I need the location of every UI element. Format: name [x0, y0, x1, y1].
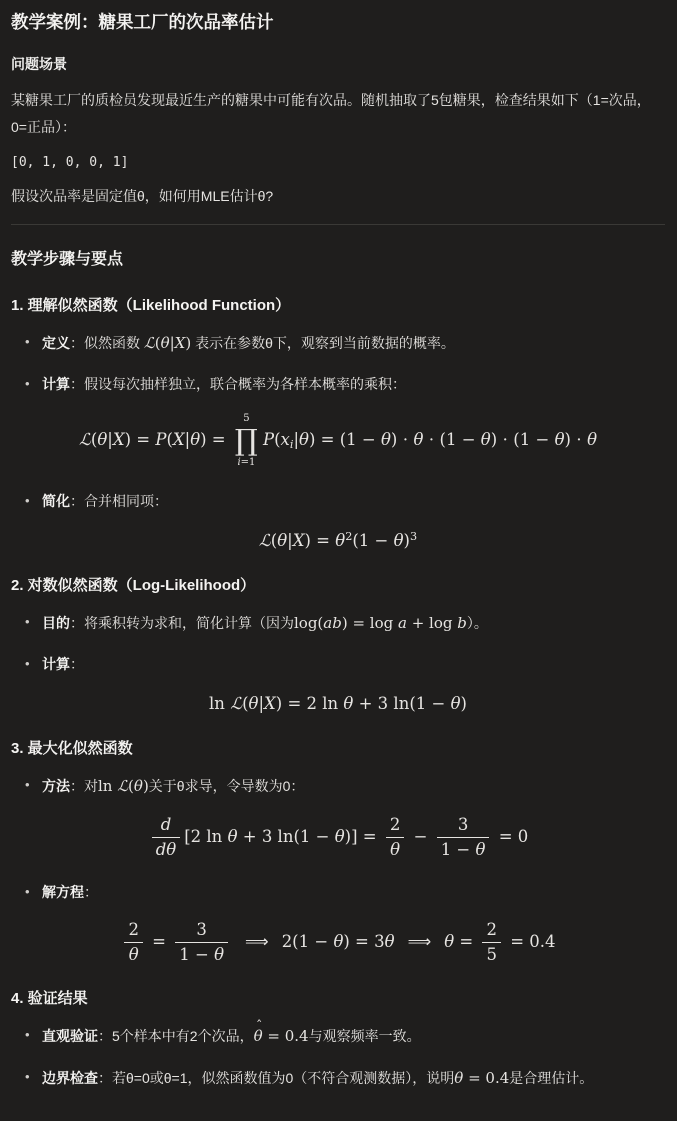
step1-list: 定义：似然函数 ℒ(θ|X) 表示在参数θ下，观察到当前数据的概率。 计算：假设…: [11, 331, 665, 396]
step2-list: 目的：将乘积转为求和，简化计算（因为log(ab) = log a + log …: [11, 611, 665, 676]
formula-likelihood-simplified: ℒ(θ|X) = θ2(1 − θ)3: [11, 530, 665, 551]
page-title: 教学案例：糖果工厂的次品率估计: [11, 10, 665, 35]
step2-compute-item: 计算：: [42, 653, 665, 677]
step3-list-continued: 解方程：: [11, 881, 665, 905]
step2-heading: 2. 对数似然函数（Log-Likelihood）: [11, 575, 665, 596]
step1-definition-item: 定义：似然函数 ℒ(θ|X) 表示在参数θ下，观察到当前数据的概率。: [42, 331, 665, 357]
observation-data-code: [0, 1, 0, 0, 1]: [11, 152, 665, 174]
step4-intuition-item: 直观验证：5个样本中有2个次品，θ = 0.4与观察频率一致。: [42, 1024, 665, 1050]
step4-heading: 4. 验证结果: [11, 988, 665, 1009]
step3-method-item: 方法：对ln ℒ(θ)关于θ求导，令导数为0：: [42, 774, 665, 800]
formula-solution: 2θ = 31 − θ⟹2(1 − θ) = 3θ⟹θ = 25 = 0.4: [11, 921, 665, 964]
formula-log-likelihood: ln ℒ(θ|X) = 2 ln θ + 3 ln(1 − θ): [11, 693, 665, 714]
steps-section-heading: 教学步骤与要点: [11, 249, 665, 271]
step1-simplify-item: 简化：合并相同项：: [42, 490, 665, 514]
step4-boundary-item: 边界检查：若θ=0或θ=1，似然函数值为0（不符合观测数据），说明θ = 0.4…: [42, 1066, 665, 1092]
problem-section-heading: 问题场景: [11, 55, 665, 75]
formula-likelihood: ℒ(θ|X) = P(X|θ) = 5∏i=1P(xi|θ) = (1 − θ)…: [11, 413, 665, 468]
step1-heading: 1. 理解似然函数（Likelihood Function）: [11, 295, 665, 316]
step4-list: 直观验证：5个样本中有2个次品，θ = 0.4与观察频率一致。 边界检查：若θ=…: [11, 1024, 665, 1091]
step3-solve-item: 解方程：: [42, 881, 665, 905]
section-divider: [11, 224, 665, 225]
step1-list-continued: 简化：合并相同项：: [11, 490, 665, 514]
step3-heading: 3. 最大化似然函数: [11, 738, 665, 759]
step1-compute-item: 计算：假设每次抽样独立，联合概率为各样本概率的乘积：: [42, 373, 665, 397]
problem-question: 假设次品率是固定值θ，如何用MLE估计θ?: [11, 183, 665, 210]
step3-list: 方法：对ln ℒ(θ)关于θ求导，令导数为0：: [11, 774, 665, 800]
document-page: 教学案例：糖果工厂的次品率估计 问题场景 某糖果工厂的质检员发现最近生产的糖果中…: [0, 0, 677, 1121]
step2-purpose-item: 目的：将乘积转为求和，简化计算（因为log(ab) = log a + log …: [42, 611, 665, 637]
problem-intro: 某糖果工厂的质检员发现最近生产的糖果中可能有次品。随机抽取了5包糖果，检查结果如…: [11, 87, 665, 141]
formula-derivative: ddθ[2 ln θ + 3 ln(1 − θ)] = 2θ − 31 − θ …: [11, 816, 665, 859]
